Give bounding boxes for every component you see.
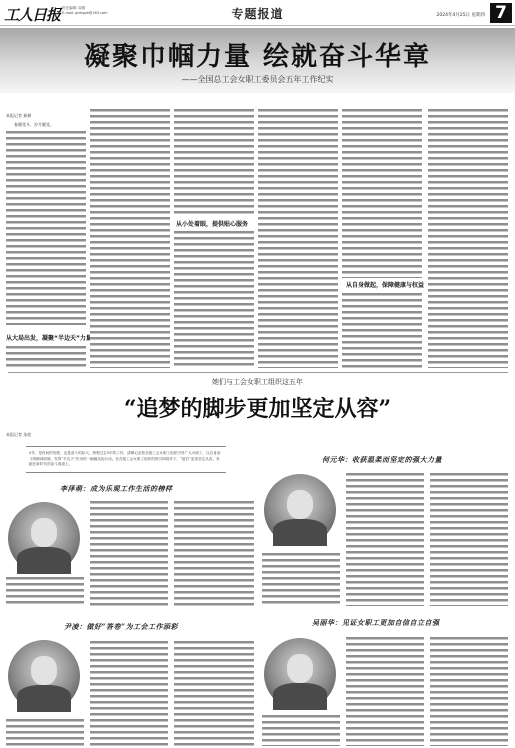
face-shape [287,490,313,519]
subheading-3: 从自身做起，保障健康与权益 [346,280,424,289]
body-shape [17,547,72,574]
feature2-headline: “追梦的脚步更加坚定从容” [0,392,515,423]
article-column-2 [90,108,170,368]
article-column-4 [258,108,338,368]
body-shape [273,683,328,710]
face-shape [31,518,57,547]
body-shape [17,685,72,712]
profile-1-column-3 [174,500,254,606]
profile-2-column-2 [346,472,424,606]
profile-4-column-3 [430,636,508,746]
profile-title-2: 何元华：收获温柔而坚定的强大力量 [322,455,442,465]
profile-caption-3 [6,718,84,746]
masthead: 工人日报 责任编辑: 周倩 E-mail: grrbgzb@163.com 专题… [0,0,515,26]
profile-caption-2 [262,552,340,606]
face-shape [31,656,57,685]
issue-date: 2024年4月25日 星期四 [437,12,485,18]
page-number: 7 [490,3,512,23]
profile-caption-1 [6,576,84,606]
profile-2-column-3 [430,472,508,606]
profile-3-column-3 [174,640,254,746]
portrait-photo-3 [8,640,80,712]
profile-4-column-2 [346,636,424,746]
article-column-1 [6,130,86,325]
profile-1-column-2 [90,500,168,606]
main-headline: 凝聚巾帼力量 绘就奋斗华章 [0,36,515,73]
opening-line: 春暖花开，岁月繁花。 [14,122,54,128]
profile-title-1: 李泽萌：成为乐观工作生活的榜样 [60,484,173,494]
feature2-kicker: 她们与工会女职工组织这五年 [0,377,515,387]
feature2-intro: 5年，是时间的刻度，也是奋斗的标尺。细观过去5年的工作，清晰记录着各级工会女职工… [26,446,226,473]
portrait-photo-2 [264,474,336,546]
portrait-photo-4 [264,638,336,710]
feature2-byline: 本报记者 朱欣 [6,432,31,438]
article-column-5b [342,292,422,368]
article-column-3 [174,108,254,216]
article-column-1b [6,345,86,367]
article-column-3b [174,230,254,368]
article-column-6 [428,108,508,368]
portrait-photo-1 [8,502,80,574]
subheading-2: 从大局出发，凝聚“半边天”力量 [6,333,92,342]
face-shape [287,654,313,683]
byline: 本报记者 郝赫 [6,113,31,119]
section-divider [8,372,508,373]
profile-title-3: 尹凌：做好“答卷”为工会工作添彩 [64,622,178,632]
article-column-5 [342,108,422,278]
subheading-1: 从小处着眼，提供贴心服务 [176,219,248,228]
main-subhead: ——全国总工会女职工委员会五年工作纪实 [0,74,515,85]
profile-title-4: 吴丽华：见证女职工更加自信自立自强 [312,618,440,628]
profile-caption-4 [262,714,340,746]
body-shape [273,519,328,546]
profile-3-column-2 [90,640,168,746]
